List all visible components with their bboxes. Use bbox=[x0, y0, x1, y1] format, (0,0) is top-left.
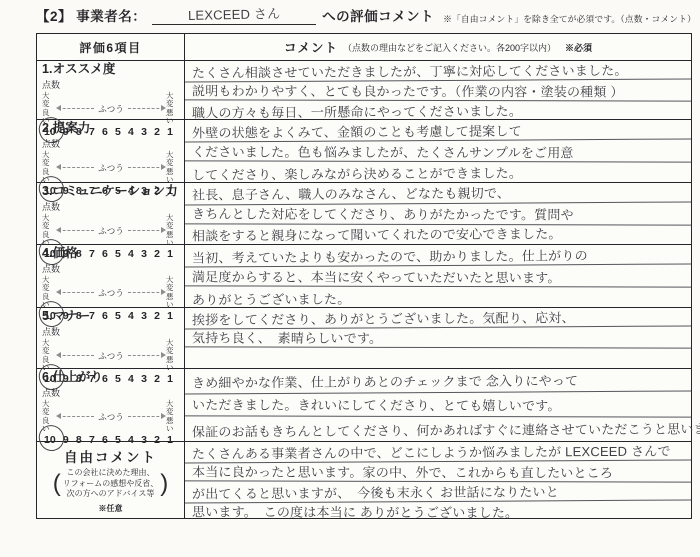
arrow-right-icon bbox=[128, 230, 164, 231]
arrow-left-icon bbox=[58, 230, 94, 231]
comment-line: ありがとうございました。 bbox=[185, 285, 691, 308]
scale-right-top: 大変 bbox=[166, 214, 180, 231]
score-row: 1.オススメ度 点数 大変 良い ふつう 大変 悪い 10 9 8 7 bbox=[37, 60, 691, 119]
score-label: 点数 bbox=[42, 137, 180, 150]
arrow-left-icon bbox=[58, 292, 94, 293]
score-cell: 3.コミュニケーション力 点数 大変 良い ふつう 大変 悪い 10 9 8 bbox=[37, 183, 185, 244]
comment-cell: 挨拶をしてくださり、ありがとうございました。気配り、応対、 気持ち良く、 素晴ら… bbox=[185, 308, 691, 368]
scale-left-bottom: 良い bbox=[42, 417, 56, 434]
scale-left-top: 大変 bbox=[42, 151, 56, 168]
comment-line: きちんとした対応をしてくださり、ありがたかったです。質問や bbox=[185, 203, 691, 225]
comment-line: いただきました。きれいにしてくださり、とても嬉しいです。 bbox=[185, 393, 691, 419]
arrow-right-icon bbox=[128, 167, 164, 168]
score-cell: 4.価格 点数 大変 良い ふつう 大変 悪い 10 9 8 7 bbox=[37, 245, 185, 307]
close-paren: ) bbox=[160, 472, 168, 496]
scale-right-top: 大変 bbox=[166, 400, 180, 417]
open-paren: ( bbox=[53, 472, 61, 496]
score-label: 点数 bbox=[42, 386, 180, 399]
hint-line: リフォームの感想や反省、 bbox=[63, 479, 159, 489]
score-scale: 大変 良い ふつう 大変 悪い bbox=[42, 151, 180, 185]
score-label: 点数 bbox=[42, 200, 180, 213]
comment-line: たくさん相談させていただきましたが、丁寧に対応してくださいました。 bbox=[185, 59, 691, 82]
comment-line: 社長、息子さん、職人のみなさん、どなたも親切で、 bbox=[185, 181, 691, 205]
free-comment-hint-lines: この会社に決めた理由、 リフォームの感想や反省、 次の方へのアドバイス等 bbox=[63, 468, 159, 499]
scale-right-label: 大変 悪い bbox=[166, 339, 180, 373]
score-row: 5.マナー 点数 大変 良い ふつう 大変 悪い 10 9 8 7 bbox=[37, 307, 691, 368]
comment-header-label: コメント bbox=[284, 38, 338, 56]
scale-middle-label: ふつう bbox=[98, 162, 124, 174]
free-comment-label-cell: 自由コメント ( この会社に決めた理由、 リフォームの感想や反省、 次の方へのア… bbox=[37, 442, 185, 518]
score-label: 点数 bbox=[42, 78, 180, 91]
score-scale: 大変 良い ふつう 大変 悪い bbox=[42, 400, 180, 434]
score-cell: 1.オススメ度 点数 大変 良い ふつう 大変 悪い 10 9 8 7 bbox=[37, 61, 185, 119]
scale-right-label: 大変 悪い bbox=[166, 400, 180, 434]
arrow-right-icon bbox=[128, 416, 164, 417]
comment-line: 満足度からすると、本当に安くやっていただいたと思います。 bbox=[185, 265, 691, 287]
scale-middle-label: ふつう bbox=[98, 225, 124, 237]
free-comment-title: 自由コメント bbox=[64, 446, 157, 466]
comment-line: くださいました。色も悩みましたが、たくさんサンプルをご用意 bbox=[185, 140, 691, 162]
form-header: 【2】 事業者名： LEXCEED さん への評価コメント ※「自由コメント」を… bbox=[36, 4, 696, 28]
form-title-suffix: への評価コメント bbox=[322, 5, 434, 28]
comment-line: 挨拶をしてくださり、ありがとうございました。気配り、応対、 bbox=[185, 306, 691, 329]
score-scale: 大変 良い ふつう 大変 悪い bbox=[42, 276, 180, 310]
arrow-left-icon bbox=[58, 355, 94, 356]
score-cell: 5.マナー 点数 大変 良い ふつう 大変 悪い 10 9 8 7 bbox=[37, 308, 185, 368]
scale-right-top: 大変 bbox=[166, 276, 180, 293]
scale-left-top: 大変 bbox=[42, 400, 56, 417]
vendor-name-handwritten: LEXCEED さん bbox=[188, 3, 281, 25]
scale-right-top: 大変 bbox=[166, 339, 180, 356]
score-row: 4.価格 点数 大変 良い ふつう 大変 悪い 10 9 8 7 bbox=[37, 244, 691, 307]
free-comment-hint: ( この会社に決めた理由、 リフォームの感想や反省、 次の方へのアドバイス等 ) bbox=[53, 468, 169, 499]
comment-cell: 外壁の状態をよくみて、金額のことも考慮して提案して くださいました。色も悩みまし… bbox=[185, 120, 691, 182]
score-scale: 大変 良い ふつう 大変 悪い bbox=[42, 214, 180, 248]
required-note: ※「自由コメント」を除き全てが必須です。（点数・コメント） bbox=[443, 12, 696, 28]
arrow-right-icon bbox=[128, 292, 164, 293]
scale-left-top: 大変 bbox=[42, 92, 56, 109]
scale-right-top: 大変 bbox=[166, 151, 180, 168]
scale-left-label: 大変 良い bbox=[42, 339, 56, 373]
scale-left-top: 大変 bbox=[42, 339, 56, 356]
comment-line: してくださり、楽しみながら決めることができました。 bbox=[185, 160, 691, 183]
comment-required-badge: ※必須 bbox=[565, 41, 592, 54]
vendor-name-field: LEXCEED さん bbox=[152, 4, 316, 25]
free-comment-line: が出てくると思いますが、 今後も末永く お世話になりたいと bbox=[185, 480, 691, 503]
scale-right-label: 大変 悪い bbox=[166, 214, 180, 248]
scale-left-top: 大変 bbox=[42, 276, 56, 293]
scale-right-label: 大変 悪い bbox=[166, 276, 180, 310]
criteria-header-label: 評価6項目 bbox=[79, 39, 141, 56]
category-title: 5.マナー bbox=[42, 310, 180, 324]
scale-right-bottom: 悪い bbox=[166, 417, 180, 434]
comment-line: 当初、考えていたよりも安かったので、助かりました。仕上がりの bbox=[185, 243, 691, 267]
score-row: 3.コミュニケーション力 点数 大変 良い ふつう 大変 悪い 10 9 8 bbox=[37, 182, 691, 244]
table-header-row: 評価6項目 コメント （点数の理由などをご記入ください。各200字以内） ※必須 bbox=[37, 34, 691, 60]
category-title: 2.提案力 bbox=[42, 122, 180, 136]
hint-line: 次の方へのアドバイス等 bbox=[63, 489, 159, 499]
comment-cell: 当初、考えていたよりも安かったので、助かりました。仕上がりの 満足度からすると、… bbox=[185, 245, 691, 307]
hint-line: この会社に決めた理由、 bbox=[63, 468, 159, 478]
comment-line: 気持ち良く、 素晴らしいです。 bbox=[185, 328, 691, 350]
scale-left-label: 大変 良い bbox=[42, 400, 56, 434]
comment-cell: きめ細やかな作業、仕上がりあとのチェックまで 念入りにやって いただきました。き… bbox=[185, 369, 691, 441]
score-cell: 6.仕上がり 点数 大変 良い ふつう 大変 悪い 10 9 8 7 bbox=[37, 369, 185, 441]
comment-header-cell: コメント （点数の理由などをご記入ください。各200字以内） ※必須 bbox=[185, 34, 691, 60]
free-comment-row: 自由コメント ( この会社に決めた理由、 リフォームの感想や反省、 次の方へのア… bbox=[37, 441, 691, 518]
free-comment-line: たくさんある事業者さんの中で、どこにしようか悩みましたが LEXCEED さんで bbox=[185, 440, 691, 463]
score-label: 点数 bbox=[42, 325, 180, 338]
score-scale: 大変 良い ふつう 大変 悪い bbox=[42, 339, 180, 373]
scale-left-label: 大変 良い bbox=[42, 214, 56, 248]
scale-right-label: 大変 悪い bbox=[166, 151, 180, 185]
score-row: 2.提案力 点数 大変 良い ふつう 大変 悪い 10 9 8 7 bbox=[37, 119, 691, 182]
free-comment-cell: たくさんある事業者さんの中で、どこにしようか悩みましたが LEXCEED さんで… bbox=[185, 442, 691, 518]
free-comment-line: 思います。 この度は本当に ありがとうございました。 bbox=[185, 501, 691, 521]
evaluation-table: 評価6項目 コメント （点数の理由などをご記入ください。各200字以内） ※必須… bbox=[36, 33, 692, 519]
scale-middle-label: ふつう bbox=[98, 287, 124, 299]
category-title: 6.仕上がり bbox=[42, 371, 180, 385]
scale-middle-label: ふつう bbox=[98, 350, 124, 362]
arrow-left-icon bbox=[58, 108, 94, 109]
arrow-left-icon bbox=[58, 416, 94, 417]
arrow-left-icon bbox=[58, 167, 94, 168]
comment-line: きめ細やかな作業、仕上がりあとのチェックまで 念入りにやって bbox=[185, 367, 691, 394]
scale-right-top: 大変 bbox=[166, 92, 180, 109]
category-title: 1.オススメ度 bbox=[42, 63, 180, 77]
score-cell: 2.提案力 点数 大変 良い ふつう 大変 悪い 10 9 8 7 bbox=[37, 120, 185, 182]
arrow-right-icon bbox=[128, 108, 164, 109]
comment-header-note: （点数の理由などをご記入ください。各200字以内） bbox=[343, 41, 556, 54]
comment-line: 外壁の状態をよくみて、金額のことも考慮して提案して bbox=[185, 118, 691, 142]
scale-middle-label: ふつう bbox=[98, 103, 124, 115]
comment-cell: 社長、息子さん、職人のみなさん、どなたも親切で、 きちんとした対応をしてくださり… bbox=[185, 183, 691, 244]
scale-left-label: 大変 良い bbox=[42, 276, 56, 310]
category-title: 3.コミュニケーション力 bbox=[42, 185, 180, 199]
category-title: 4.価格 bbox=[42, 247, 180, 261]
comment-line: 説明もわかりやすく、とても良かったです。（作業の内容・塗装の種類 ） bbox=[185, 80, 691, 101]
comment-line: 保証のお話もきちんとしてくださり、何かあればすぐに連絡させていただこうと思います… bbox=[185, 416, 691, 442]
form-title-prefix: 【2】 事業者名： bbox=[36, 5, 146, 28]
score-row: 6.仕上がり 点数 大変 良い ふつう 大変 悪い 10 9 8 7 bbox=[37, 368, 691, 441]
comment-cell: たくさん相談させていただきましたが、丁寧に対応してくださいました。 説明もわかり… bbox=[185, 61, 691, 119]
free-comment-line: 本当に良かったと思います。家の中、外で、これからも直したいところ bbox=[185, 461, 691, 482]
scale-left-top: 大変 bbox=[42, 214, 56, 231]
comment-line bbox=[185, 347, 691, 369]
scale-left-label: 大変 良い bbox=[42, 151, 56, 185]
arrow-right-icon bbox=[128, 355, 164, 356]
comment-line: 相談をすると親身になって聞いてくれたので安心できました。 bbox=[185, 223, 691, 246]
score-label: 点数 bbox=[42, 262, 180, 275]
criteria-header-cell: 評価6項目 bbox=[37, 34, 185, 60]
optional-badge: ※任意 bbox=[99, 503, 123, 514]
scale-middle-label: ふつう bbox=[98, 411, 124, 423]
